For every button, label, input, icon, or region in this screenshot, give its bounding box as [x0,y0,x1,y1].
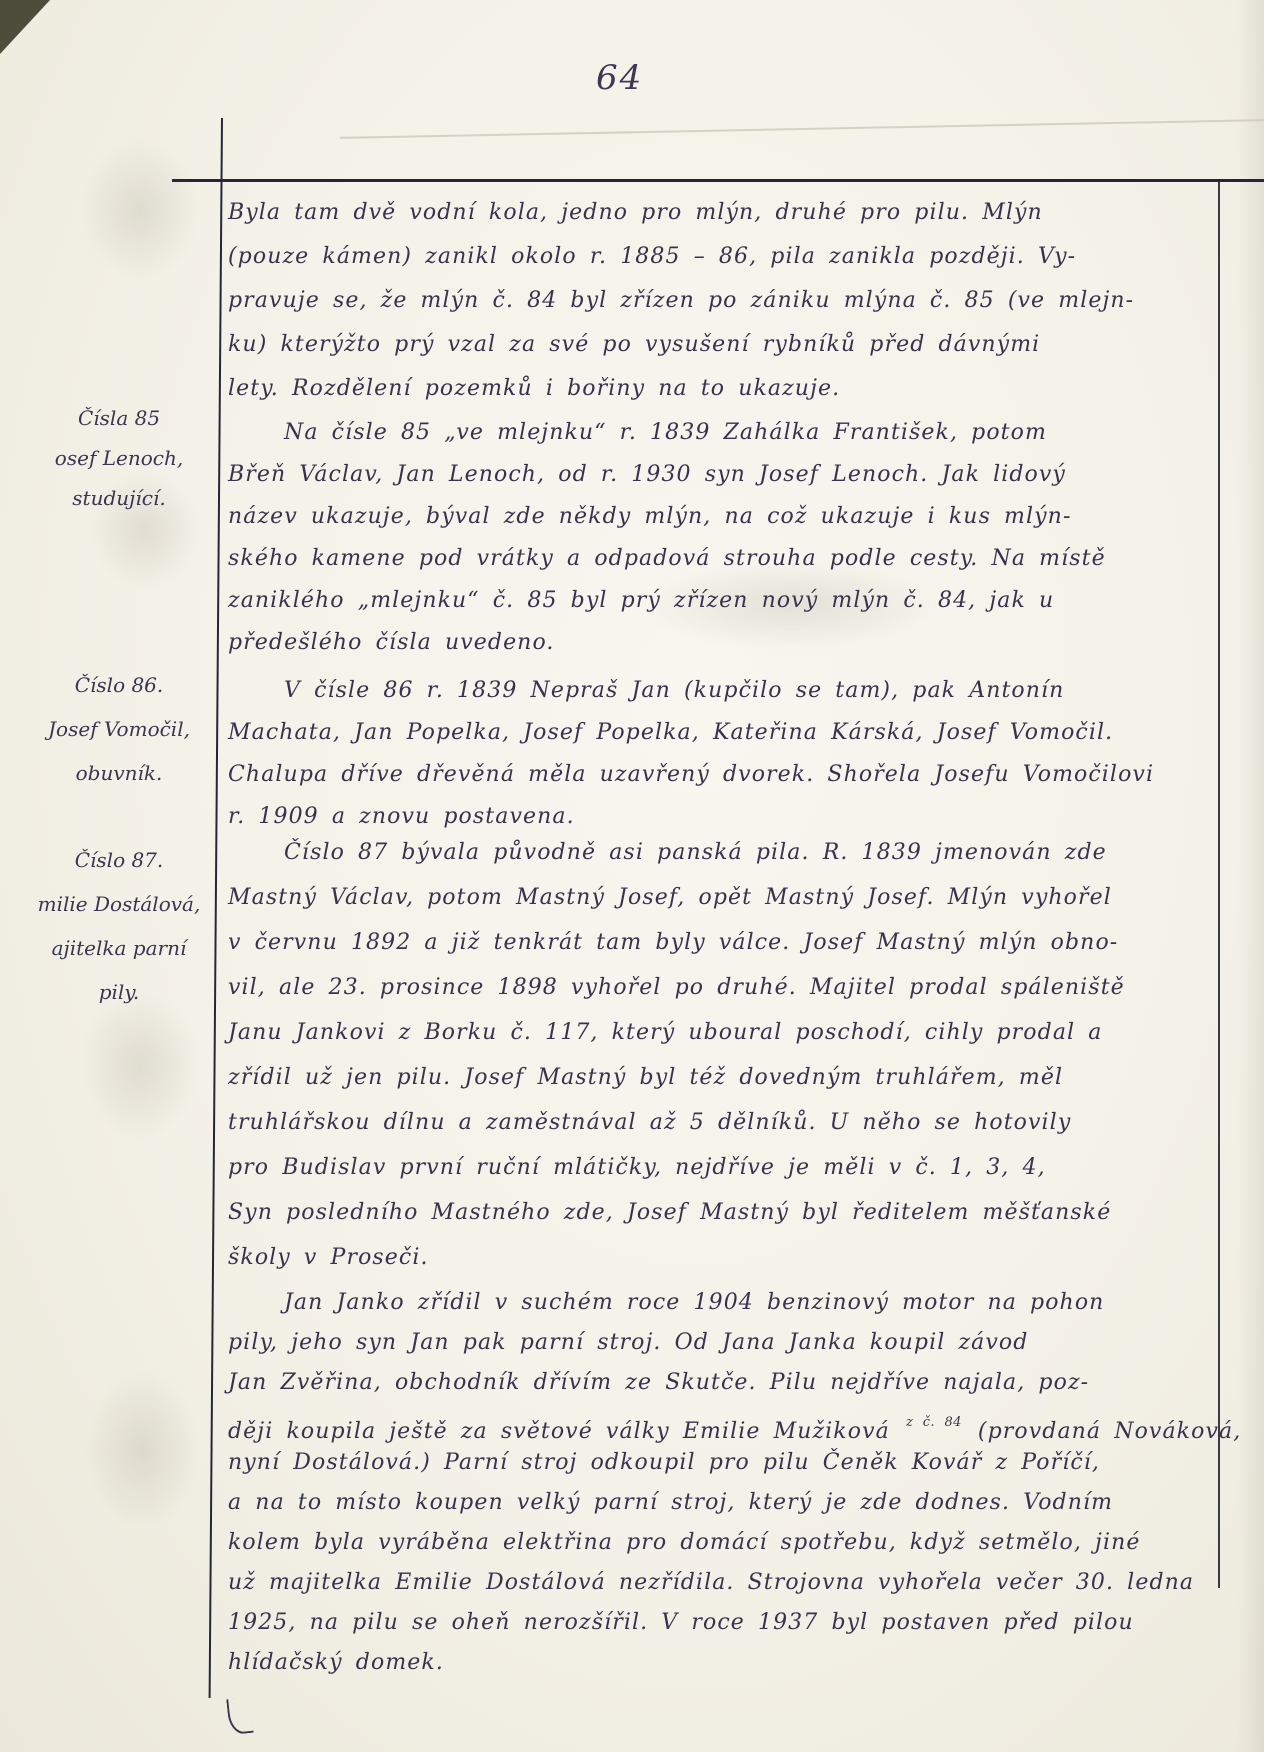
text-line: ku) kterýžto prý vzal za své po vysušení… [228,323,1233,367]
text-line: pily, jeho syn Jan pak parní stroj. Od J… [228,1323,1233,1363]
ink-bleed-smudge [85,1370,200,1530]
margin-note-line: studující. [28,478,210,518]
margin-note-line: pily. [28,970,210,1014]
text-line: Jan Janko zřídil v suchém roce 1904 benz… [228,1283,1233,1323]
text-line: lety. Rozdělení pozemků i bořiny na to u… [228,367,1233,411]
text-line: pravuje se, že mlýn č. 84 byl zřízen po … [228,279,1233,323]
paragraph-water-wheels: Byla tam dvě vodní kola, jedno pro mlýn,… [228,191,1233,411]
margin-note-line: Čísla 85 [28,398,210,438]
text-line: ději koupila ještě za světové války Emil… [228,1403,1233,1443]
text-line: V čísle 86 r. 1839 Nepraš Jan (kupčilo s… [228,670,1233,712]
text-line: Syn posledního Mastného zde, Josef Mastn… [228,1190,1233,1235]
text-line: Jan Zvěřina, obchodník dřívím ze Skutče.… [228,1363,1233,1403]
text-line: Machata, Jan Popelka, Josef Popelka, Kat… [228,712,1233,754]
text-line: vil, ale 23. prosince 1898 vyhořel po dr… [228,965,1233,1010]
margin-note-line: osef Lenoch, [28,438,210,478]
text-line: Chalupa dříve dřevěná měla uzavřený dvor… [228,754,1233,796]
text-segment: (provdaná Nováková, [978,1419,1241,1444]
paragraph-number-87: Číslo 87 bývala původně asi panská pila.… [228,830,1233,1280]
text-line: v červnu 1892 a již tenkrát tam byly vál… [228,920,1233,965]
text-line: Číslo 87 bývala původně asi panská pila.… [228,830,1233,875]
page-corner-shadow [0,0,50,54]
margin-note-line: ajitelka parní [28,926,210,970]
text-line: (pouze kámen) zanikl okolo r. 1885 – 86,… [228,235,1233,279]
paragraph-number-86: V čísle 86 r. 1839 Nepraš Jan (kupčilo s… [228,670,1233,838]
text-line: název ukazuje, býval zde někdy mlýn, na … [228,496,1233,538]
margin-note-line: Číslo 86. [28,663,210,707]
text-segment: ději koupila ještě za světové války Emil… [228,1419,890,1444]
margin-note-line: milie Dostálová, [28,882,210,926]
page-number: 64 [596,58,643,98]
text-line: hlídačský domek. [228,1643,1233,1683]
text-line: kolem byla vyráběna elektřina pro domácí… [228,1523,1233,1563]
text-line: nyní Dostálová.) Parní stroj odkoupil pr… [228,1443,1233,1483]
scanned-chronicle-page: 64 Čísla 85 osef Lenoch, studující. Čísl… [0,0,1264,1752]
margin-note-line: Číslo 87. [28,838,210,882]
text-line: Byla tam dvě vodní kola, jedno pro mlýn,… [228,191,1233,235]
margin-note-line: Josef Vomočil, [28,707,210,751]
margin-note-number-86: Číslo 86. Josef Vomočil, obuvník. [28,663,210,795]
interline-insertion: z č. 84 [906,1415,962,1430]
paragraph-sawmill-history: Jan Janko zřídil v suchém roce 1904 benz… [228,1283,1233,1683]
text-line: Mastný Václav, potom Mastný Josef, opět … [228,875,1233,920]
text-line: pro Budislav první ruční mlátičky, nejdř… [228,1145,1233,1190]
text-line: Břeň Václav, Jan Lenoch, od r. 1930 syn … [228,454,1233,496]
paragraph-number-85: Na čísle 85 „ve mlejnku“ r. 1839 Zahálka… [228,412,1233,664]
text-line: Janu Jankovi z Borku č. 117, který ubour… [228,1010,1233,1055]
page-edge-shadow [1238,0,1264,1752]
text-line: školy v Proseči. [228,1235,1233,1280]
text-line: Na čísle 85 „ve mlejnku“ r. 1839 Zahálka… [228,412,1233,454]
ruled-line-top [172,179,1264,182]
text-line: ského kamene pod vrátky a odpadová strou… [228,538,1233,580]
text-line: a na to místo koupen velký parní stroj, … [228,1483,1233,1523]
text-line: 1925, na pilu se oheň nerozšířil. V roce… [228,1603,1233,1643]
text-line: zaniklého „mlejnku“ č. 85 byl prý zřízen… [228,580,1233,622]
text-line: zřídil už jen pilu. Josef Mastný byl též… [228,1055,1233,1100]
ruled-line-left-margin [209,118,223,1698]
margin-note-number-87: Číslo 87. milie Dostálová, ajitelka parn… [28,838,210,1014]
pen-stroke-mark [226,1697,254,1735]
margin-note-number-85: Čísla 85 osef Lenoch, studující. [28,398,210,518]
margin-note-line: obuvník. [28,751,210,795]
text-line: předešlého čísla uvedeno. [228,622,1233,664]
scan-crease-line [340,119,1264,139]
text-line: truhlářskou dílnu a zaměstnával až 5 děl… [228,1100,1233,1145]
ink-bleed-smudge [80,140,200,280]
text-line: už majitelka Emilie Dostálová nezřídila.… [228,1563,1233,1603]
